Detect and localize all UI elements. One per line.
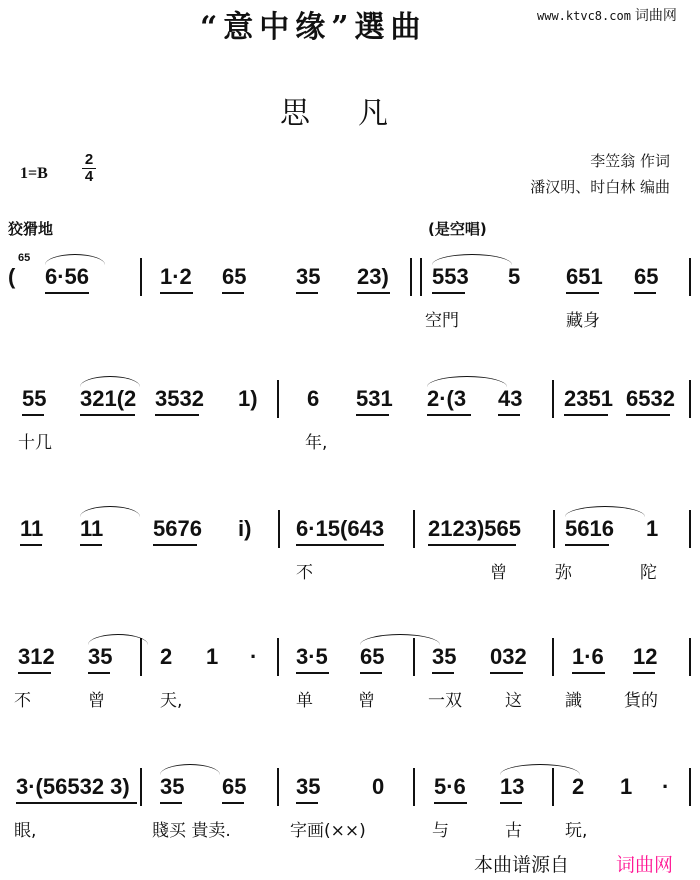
note-group: 35 xyxy=(88,644,112,670)
beam-underline xyxy=(564,414,608,416)
series-title: “意中缘”選曲 xyxy=(200,2,427,46)
watermark-top[interactable]: www.ktvc8.com词曲网 xyxy=(537,5,677,25)
barline xyxy=(277,768,279,806)
lyric: 賤买 貴卖. xyxy=(152,816,231,841)
lyric: 曾 xyxy=(490,558,507,583)
tempo-marking: 狡猾地 xyxy=(8,218,53,239)
beam-underline xyxy=(500,802,522,804)
lyric: 天, xyxy=(160,686,182,711)
slur-arc xyxy=(427,376,507,387)
note-group: 6·15(643 xyxy=(296,516,384,542)
note-group: 6·56 xyxy=(45,264,89,290)
lyric: 藏身 xyxy=(566,306,600,331)
slur-arc xyxy=(80,506,140,517)
note-group: 2123)565 xyxy=(428,516,521,542)
note-group: 1·2 xyxy=(160,264,192,290)
note-group: 6 xyxy=(307,386,319,412)
note-group: 11 xyxy=(20,516,43,542)
time-denominator: 4 xyxy=(82,169,96,185)
time-numerator: 2 xyxy=(82,152,96,169)
barline xyxy=(552,638,554,676)
beam-underline xyxy=(565,544,609,546)
barline xyxy=(278,510,280,548)
note-group: ( xyxy=(8,264,15,290)
slur-arc xyxy=(88,634,148,645)
beam-underline xyxy=(45,292,89,294)
note-group: · xyxy=(662,774,669,800)
lyric: 字画(××) xyxy=(290,816,366,841)
note-group: 5·6 xyxy=(434,774,466,800)
footer-brand[interactable]: 词曲网 xyxy=(616,850,673,877)
lyric: 曾 xyxy=(88,686,105,711)
lyric: 曾 xyxy=(358,686,375,711)
beam-underline xyxy=(88,672,110,674)
slur-arc xyxy=(45,254,105,265)
watermark-url[interactable]: www.ktvc8.com xyxy=(537,9,631,23)
beam-underline xyxy=(80,544,102,546)
note-group: 531 xyxy=(356,386,393,412)
note-group: i) xyxy=(238,516,251,542)
lyric: 陀 xyxy=(640,558,657,583)
note-group: 35 xyxy=(296,264,320,290)
beam-underline xyxy=(498,414,520,416)
slur-arc xyxy=(432,254,512,265)
barline xyxy=(689,258,691,296)
beam-underline xyxy=(296,544,384,546)
barline xyxy=(689,510,691,548)
note-group: 65 xyxy=(360,644,384,670)
note-group: 2351 xyxy=(564,386,613,412)
time-signature: 2 4 xyxy=(82,152,96,185)
lyric: 与 xyxy=(432,816,449,841)
note-group: 3·5 xyxy=(296,644,328,670)
slur-arc xyxy=(500,764,580,775)
watermark-site[interactable]: 词曲网 xyxy=(635,8,677,24)
beam-underline xyxy=(357,292,390,294)
beam-underline xyxy=(356,414,389,416)
slur-arc xyxy=(80,376,140,387)
note-group: 6532 xyxy=(626,386,675,412)
lyric: 十几 xyxy=(18,428,52,453)
barline xyxy=(552,380,554,418)
beam-underline xyxy=(16,802,137,804)
slur-arc xyxy=(565,506,645,517)
note-group: 5676 xyxy=(153,516,202,542)
barline xyxy=(413,768,415,806)
note-group: 13 xyxy=(500,774,524,800)
note-group: 3·(56532 3) xyxy=(16,774,130,800)
note-group: 11 xyxy=(80,516,103,542)
lyric: 弥 xyxy=(555,558,572,583)
lyric: 貨的 xyxy=(624,686,658,711)
beam-underline xyxy=(155,414,199,416)
lyric: 这 xyxy=(505,686,522,711)
note-group: 5 xyxy=(508,264,520,290)
lyric: 玩, xyxy=(565,816,587,841)
beam-underline xyxy=(432,672,454,674)
barline xyxy=(140,768,142,806)
beam-underline xyxy=(572,672,605,674)
barline xyxy=(689,768,691,806)
note-group: 1 xyxy=(620,774,632,800)
note-group: 35 xyxy=(296,774,320,800)
beam-underline xyxy=(633,672,655,674)
score-row-3: 11115676i)6·15(6432123)56556161不曾弥陀 xyxy=(0,502,700,612)
note-group: 23) xyxy=(357,264,389,290)
note-group: 651 xyxy=(566,264,603,290)
beam-underline xyxy=(296,672,329,674)
note-group: 2 xyxy=(572,774,584,800)
barline xyxy=(413,510,415,548)
note-group: 65 xyxy=(222,774,246,800)
note-group: 312 xyxy=(18,644,55,670)
note-group: 43 xyxy=(498,386,522,412)
beam-underline xyxy=(222,802,244,804)
note-group: 3532 xyxy=(155,386,204,412)
lyric: 一双 xyxy=(428,686,462,711)
barline xyxy=(410,258,412,296)
score-row-1: (6·561·2653523)55356516565空門藏身 xyxy=(0,250,700,360)
note-group: 55 xyxy=(22,386,46,412)
note-group: 553 xyxy=(432,264,469,290)
beam-underline xyxy=(634,292,656,294)
score-row-4: 3123521·3·565350321·612不曾天,单曾一双这識貨的 xyxy=(0,630,700,740)
note-group: 35 xyxy=(432,644,456,670)
note-group: 1 xyxy=(206,644,218,670)
note-group: 1) xyxy=(238,386,258,412)
lyric: 年, xyxy=(305,428,327,453)
note-group: 35 xyxy=(160,774,184,800)
slur-arc xyxy=(360,634,440,645)
performer-note: (是空唱) xyxy=(428,218,487,239)
lyric: 眼, xyxy=(14,816,36,841)
beam-underline xyxy=(222,292,244,294)
note-group: 2 xyxy=(160,644,172,670)
footer-source-label: 本曲谱源自 xyxy=(474,850,569,877)
lyric: 識 xyxy=(565,686,582,711)
slur-arc xyxy=(160,764,220,775)
beam-underline xyxy=(360,672,382,674)
grace-note: 65 xyxy=(18,252,30,264)
barline xyxy=(689,638,691,676)
note-group: · xyxy=(250,644,257,670)
barline xyxy=(277,638,279,676)
note-group: 1 xyxy=(646,516,658,542)
note-group: 65 xyxy=(222,264,246,290)
note-group: 12 xyxy=(633,644,657,670)
beam-underline xyxy=(160,292,193,294)
song-title: 思凡 xyxy=(280,88,436,132)
lyric: 空門 xyxy=(425,306,459,331)
beam-underline xyxy=(296,802,318,804)
beam-underline xyxy=(153,544,197,546)
beam-underline xyxy=(428,544,516,546)
score-row-2: 55321(235321)65312·(34323516532十几年, xyxy=(0,372,700,482)
beam-underline xyxy=(427,414,471,416)
barline xyxy=(420,258,422,296)
barline xyxy=(689,380,691,418)
barline xyxy=(140,258,142,296)
beam-underline xyxy=(566,292,599,294)
barline xyxy=(277,380,279,418)
beam-underline xyxy=(20,544,42,546)
lyric: 不 xyxy=(296,558,313,583)
lyric: 单 xyxy=(296,686,313,711)
beam-underline xyxy=(22,414,44,416)
beam-underline xyxy=(434,802,467,804)
lyric: 不 xyxy=(14,686,31,711)
note-group: 032 xyxy=(490,644,527,670)
beam-underline xyxy=(80,414,135,416)
note-group: 321(2 xyxy=(80,386,136,412)
lyricist-credit: 李笠翁 作词 xyxy=(590,150,670,171)
key-signature: 1=B xyxy=(20,165,48,183)
beam-underline xyxy=(626,414,670,416)
note-group: 5616 xyxy=(565,516,614,542)
beam-underline xyxy=(18,672,51,674)
composer-credit: 潘汉明、时白林 编曲 xyxy=(530,176,670,197)
beam-underline xyxy=(296,292,318,294)
note-group: 2·(3 xyxy=(427,386,466,412)
beam-underline xyxy=(432,292,465,294)
note-group: 1·6 xyxy=(572,644,604,670)
note-group: 0 xyxy=(372,774,384,800)
barline xyxy=(553,510,555,548)
beam-underline xyxy=(160,802,182,804)
note-group: 65 xyxy=(634,264,658,290)
lyric: 古 xyxy=(505,816,522,841)
beam-underline xyxy=(490,672,523,674)
score-row-5: 3·(56532 3)35653505·61321·眼,賤买 貴卖.字画(××)… xyxy=(0,760,700,870)
